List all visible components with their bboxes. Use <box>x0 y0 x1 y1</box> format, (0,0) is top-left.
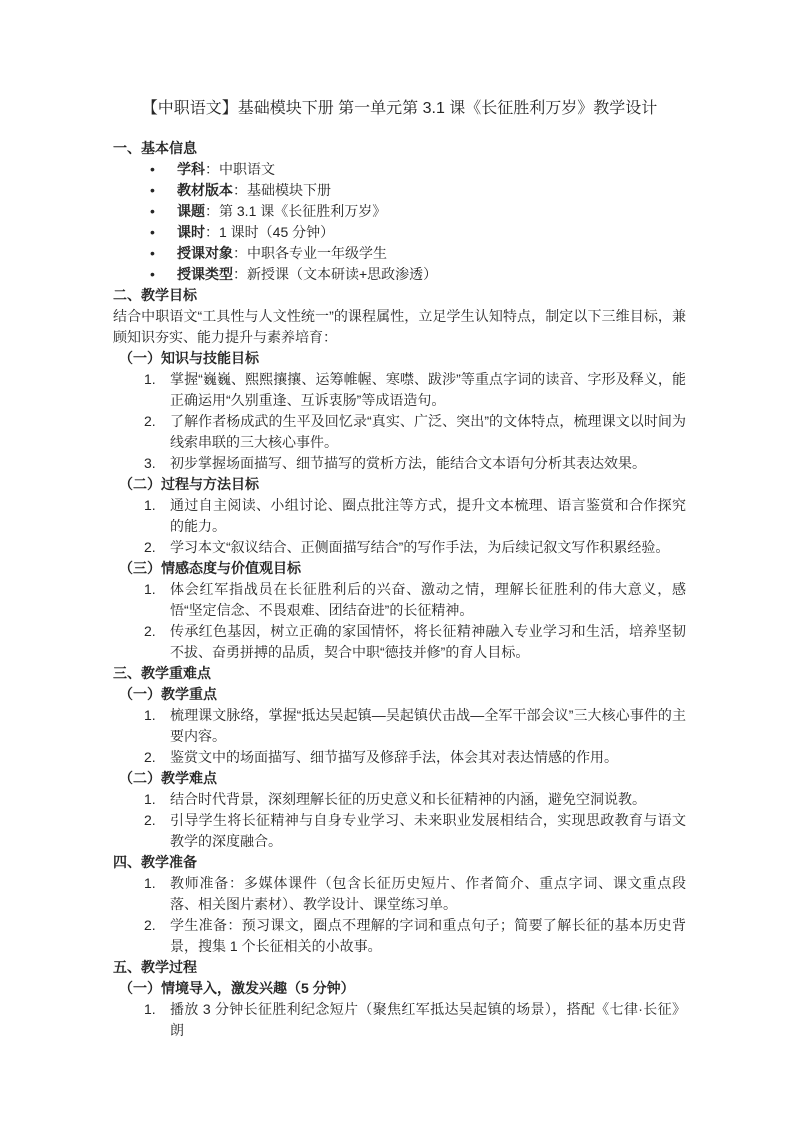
item-number: 1. <box>144 705 170 747</box>
subsection-heading-values: （三）情感态度与价值观目标 <box>113 558 686 579</box>
bullet-icon: • <box>150 159 177 180</box>
field-label: 课时 <box>177 224 205 240</box>
item-text: 初步掌握场面描写、细节描写的赏析方法，能结合文本语句分析其表达效果。 <box>170 453 686 474</box>
field-label: 授课对象 <box>177 245 233 261</box>
field-label: 授课类型 <box>177 266 233 282</box>
bullet-text: 授课对象：中职各专业一年级学生 <box>177 243 387 264</box>
numbered-item: 1. 教师准备：多媒体课件（包含长征历史短片、作者简介、重点字词、课文重点段落、… <box>113 873 686 915</box>
numbered-item: 1. 掌握“巍巍、熙熙攘攘、运筹帷幄、寒噤、跋涉”等重点字词的读音、字形及释义，… <box>113 369 686 411</box>
item-number: 2. <box>144 810 170 852</box>
section-heading-objectives: 二、教学目标 <box>113 285 686 306</box>
numbered-item: 1. 结合时代背景，深刻理解长征的历史意义和长征精神的内涵，避免空洞说教。 <box>113 789 686 810</box>
section-heading-key-points: 三、教学重难点 <box>113 663 686 684</box>
numbered-item: 1. 体会红军指战员在长征胜利后的兴奋、激动之情，理解长征胜利的伟大意义，感悟“… <box>113 579 686 621</box>
bullet-item: • 授课类型：新授课（文本研读+思政渗透） <box>113 264 686 285</box>
item-text: 引导学生将长征精神与自身专业学习、未来职业发展相结合，实现思政教育与语文教学的深… <box>170 810 686 852</box>
subsection-heading-lead-in: （一）情境导入，激发兴趣（5 分钟） <box>113 978 686 999</box>
numbered-item: 1. 播放 3 分钟长征胜利纪念短片（聚焦红军抵达吴起镇的场景），搭配《七律·长… <box>113 999 686 1041</box>
bullet-item: • 授课对象：中职各专业一年级学生 <box>113 243 686 264</box>
item-number: 1. <box>144 579 170 621</box>
bullet-item: • 课题：第 3.1 课《长征胜利万岁》 <box>113 201 686 222</box>
bullet-icon: • <box>150 264 177 285</box>
item-text: 学生准备：预习课文，圈点不理解的字词和重点句子；简要了解长征的基本历史背景，搜集… <box>170 915 686 957</box>
bullet-item: • 学科：中职语文 <box>113 159 686 180</box>
numbered-item: 2. 传承红色基因，树立正确的家国情怀，将长征精神融入专业学习和生活，培养坚韧不… <box>113 621 686 663</box>
item-number: 2. <box>144 621 170 663</box>
item-text: 播放 3 分钟长征胜利纪念短片（聚焦红军抵达吴起镇的场景），搭配《七律·长征》朗 <box>170 999 686 1041</box>
numbered-item: 2. 学习本文“叙议结合、正侧面描写结合”的写作手法，为后续记叙文写作积累经验。 <box>113 537 686 558</box>
item-number: 3. <box>144 453 170 474</box>
bullet-icon: • <box>150 201 177 222</box>
item-text: 结合时代背景，深刻理解长征的历史意义和长征精神的内涵，避免空洞说教。 <box>170 789 686 810</box>
numbered-item: 3. 初步掌握场面描写、细节描写的赏析方法，能结合文本语句分析其表达效果。 <box>113 453 686 474</box>
bullet-text: 学科：中职语文 <box>177 159 275 180</box>
field-value: ：中职各专业一年级学生 <box>233 245 387 261</box>
bullet-icon: • <box>150 222 177 243</box>
numbered-item: 1. 梳理课文脉络，掌握“抵达吴起镇—吴起镇伏击战—全军干部会议”三大核心事件的… <box>113 705 686 747</box>
field-value: ：第 3.1 课《长征胜利万岁》 <box>205 203 386 219</box>
field-label: 课题 <box>177 203 205 219</box>
numbered-item: 2. 了解作者杨成武的生平及回忆录“真实、广泛、突出”的文体特点，梳理课文以时间… <box>113 411 686 453</box>
item-text: 通过自主阅读、小组讨论、圈点批注等方式，提升文本梳理、语言鉴赏和合作探究的能力。 <box>170 495 686 537</box>
bullet-text: 授课类型：新授课（文本研读+思政渗透） <box>177 264 437 285</box>
field-label: 教材版本 <box>177 182 233 198</box>
bullet-icon: • <box>150 180 177 201</box>
bullet-item: • 教材版本：基础模块下册 <box>113 180 686 201</box>
item-number: 2. <box>144 537 170 558</box>
section-intro: 结合中职语文“工具性与人文性统一”的课程属性，立足学生认知特点，制定以下三维目标… <box>113 306 686 348</box>
item-text: 传承红色基因，树立正确的家国情怀，将长征精神融入专业学习和生活，培养坚韧不拔、奋… <box>170 621 686 663</box>
item-number: 1. <box>144 873 170 915</box>
numbered-item: 2. 鉴赏文中的场面描写、细节描写及修辞手法，体会其对表达情感的作用。 <box>113 747 686 768</box>
subsection-heading-process-method: （二）过程与方法目标 <box>113 474 686 495</box>
item-text: 鉴赏文中的场面描写、细节描写及修辞手法，体会其对表达情感的作用。 <box>170 747 686 768</box>
numbered-item: 2. 引导学生将长征精神与自身专业学习、未来职业发展相结合，实现思政教育与语文教… <box>113 810 686 852</box>
subsection-heading-knowledge-skills: （一）知识与技能目标 <box>113 348 686 369</box>
document-title: 【中职语文】基础模块下册 第一单元第 3.1 课《长征胜利万岁》教学设计 <box>113 97 686 121</box>
numbered-item: 1. 通过自主阅读、小组讨论、圈点批注等方式，提升文本梳理、语言鉴赏和合作探究的… <box>113 495 686 537</box>
subsection-heading-teaching-focus: （一）教学重点 <box>113 684 686 705</box>
item-number: 2. <box>144 747 170 768</box>
numbered-item: 2. 学生准备：预习课文，圈点不理解的字词和重点句子；简要了解长征的基本历史背景… <box>113 915 686 957</box>
field-value: ：新授课（文本研读+思政渗透） <box>233 266 437 282</box>
item-text: 学习本文“叙议结合、正侧面描写结合”的写作手法，为后续记叙文写作积累经验。 <box>170 537 686 558</box>
item-text: 体会红军指战员在长征胜利后的兴奋、激动之情，理解长征胜利的伟大意义，感悟“坚定信… <box>170 579 686 621</box>
bullet-text: 教材版本：基础模块下册 <box>177 180 331 201</box>
field-value: ：中职语文 <box>205 161 275 177</box>
document-page: 【中职语文】基础模块下册 第一单元第 3.1 课《长征胜利万岁》教学设计 一、基… <box>0 0 794 1123</box>
bullet-item: • 课时：1 课时（45 分钟） <box>113 222 686 243</box>
item-text: 了解作者杨成武的生平及回忆录“真实、广泛、突出”的文体特点，梳理课文以时间为线索… <box>170 411 686 453</box>
section-heading-process: 五、教学过程 <box>113 957 686 978</box>
field-value: ：基础模块下册 <box>233 182 331 198</box>
field-label: 学科 <box>177 161 205 177</box>
item-number: 1. <box>144 789 170 810</box>
field-value: ：1 课时（45 分钟） <box>205 224 334 240</box>
section-heading-basic-info: 一、基本信息 <box>113 138 686 159</box>
subsection-heading-teaching-difficulty: （二）教学难点 <box>113 768 686 789</box>
item-text: 掌握“巍巍、熙熙攘攘、运筹帷幄、寒噤、跋涉”等重点字词的读音、字形及释义，能正确… <box>170 369 686 411</box>
bullet-text: 课时：1 课时（45 分钟） <box>177 222 334 243</box>
item-text: 教师准备：多媒体课件（包含长征历史短片、作者简介、重点字词、课文重点段落、相关图… <box>170 873 686 915</box>
item-number: 1. <box>144 369 170 411</box>
item-number: 2. <box>144 915 170 957</box>
bullet-icon: • <box>150 243 177 264</box>
item-text: 梳理课文脉络，掌握“抵达吴起镇—吴起镇伏击战—全军干部会议”三大核心事件的主要内… <box>170 705 686 747</box>
item-number: 1. <box>144 495 170 537</box>
item-number: 2. <box>144 411 170 453</box>
bullet-text: 课题：第 3.1 课《长征胜利万岁》 <box>177 201 386 222</box>
section-heading-preparation: 四、教学准备 <box>113 852 686 873</box>
item-number: 1. <box>144 999 170 1041</box>
